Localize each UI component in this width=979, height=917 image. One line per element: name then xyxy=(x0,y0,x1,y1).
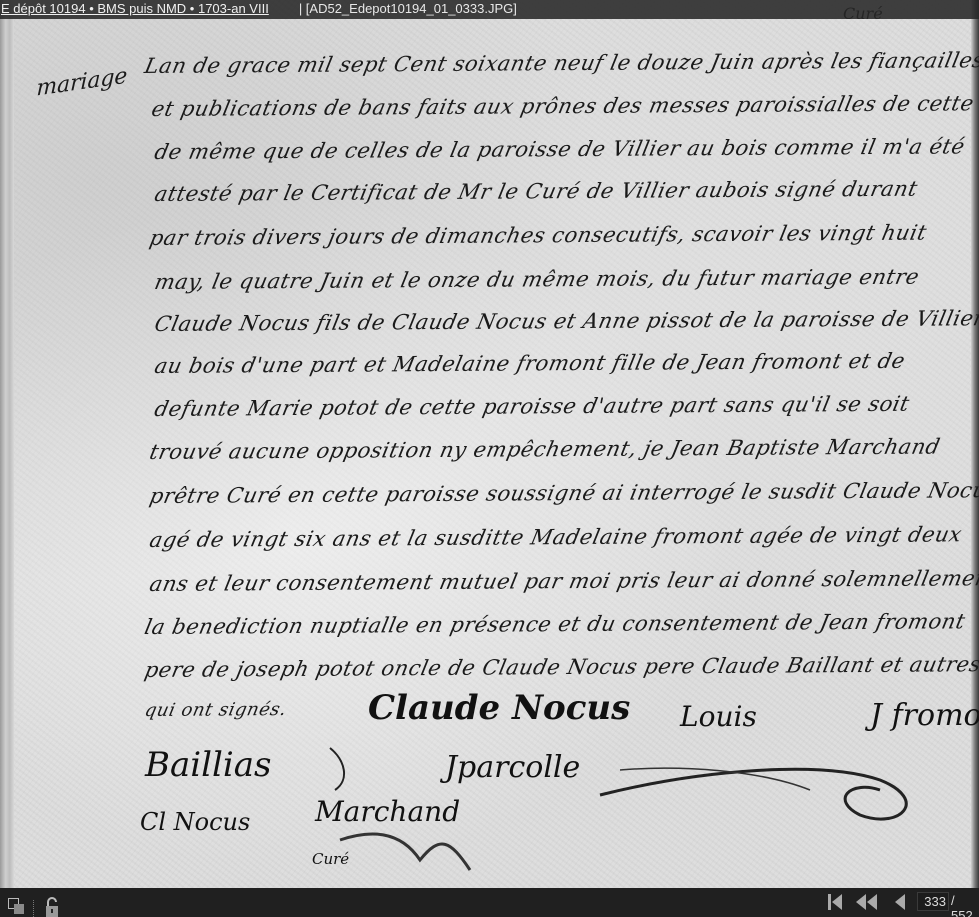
collection-link[interactable]: E dépôt 10194 • BMS puis NMD • 1703-an V… xyxy=(0,0,269,19)
first-page-button[interactable] xyxy=(828,892,844,912)
signature-flourishes xyxy=(0,0,979,888)
viewer-toolbar: / 552 xyxy=(0,888,979,917)
rewind-button[interactable] xyxy=(855,892,879,912)
image-filename: | [AD52_Edepot10194_01_0333.JPG] xyxy=(299,0,517,19)
title-bar: E dépôt 10194 • BMS puis NMD • 1703-an V… xyxy=(0,0,979,19)
toolbar-separator xyxy=(33,900,34,917)
previous-page-button[interactable] xyxy=(893,892,906,912)
document-image-viewer[interactable]: Curé mariage Lan de grace mil sept Cent … xyxy=(0,0,979,888)
unlock-icon[interactable] xyxy=(45,897,59,917)
page-total: / 552 xyxy=(951,893,979,917)
page-number-input[interactable] xyxy=(917,892,949,911)
copy-windows-icon[interactable] xyxy=(8,898,26,917)
